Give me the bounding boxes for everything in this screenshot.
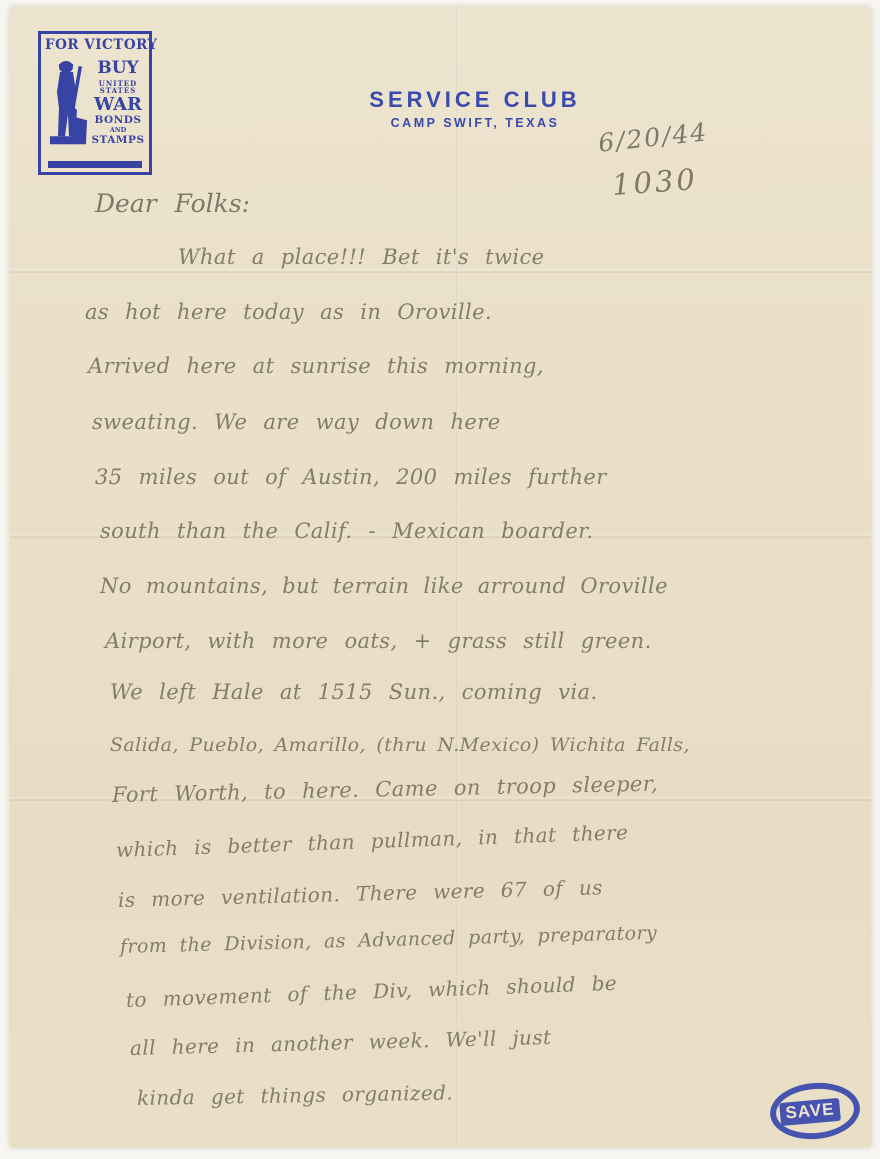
letter-line: to movement of the Div, which should be [126, 971, 618, 1012]
letter-line: kinda get things organized. [137, 1080, 453, 1110]
save-stamp-label: SAVE [780, 1097, 841, 1125]
letter-line: as hot here today as in Oroville. [85, 300, 492, 324]
letter-line: No mountains, but terrain like arround O… [100, 574, 668, 598]
letter-paper: FOR VICTORY BUY UNITED STATES WAR BONDS … [10, 7, 871, 1147]
letter-body: What a place!!! Bet it's twice as hot he… [10, 7, 871, 1147]
letter-line: Salida, Pueblo, Amarillo, (thru N.Mexico… [110, 734, 690, 756]
letter-line: which is better than pullman, in that th… [116, 820, 629, 862]
letter-line: south than the Calif. - Mexican boarder. [100, 519, 593, 543]
letter-line: Airport, with more oats, + grass still g… [105, 629, 652, 653]
letter-line: Fort Worth, to here. Came on troop sleep… [112, 772, 658, 807]
letter-line: is more ventilation. There were 67 of us [118, 875, 603, 912]
letter-line: We left Hale at 1515 Sun., coming via. [110, 680, 598, 704]
letter-line: 35 miles out of Austin, 200 miles furthe… [95, 465, 607, 489]
letter-line: What a place!!! Bet it's twice [178, 245, 544, 269]
letter-line: Arrived here at sunrise this morning, [88, 354, 544, 378]
letter-line: sweating. We are way down here [92, 410, 501, 434]
letter-line: from the Division, as Advanced party, pr… [120, 922, 658, 958]
letter-line: all here in another week. We'll just [130, 1025, 552, 1060]
